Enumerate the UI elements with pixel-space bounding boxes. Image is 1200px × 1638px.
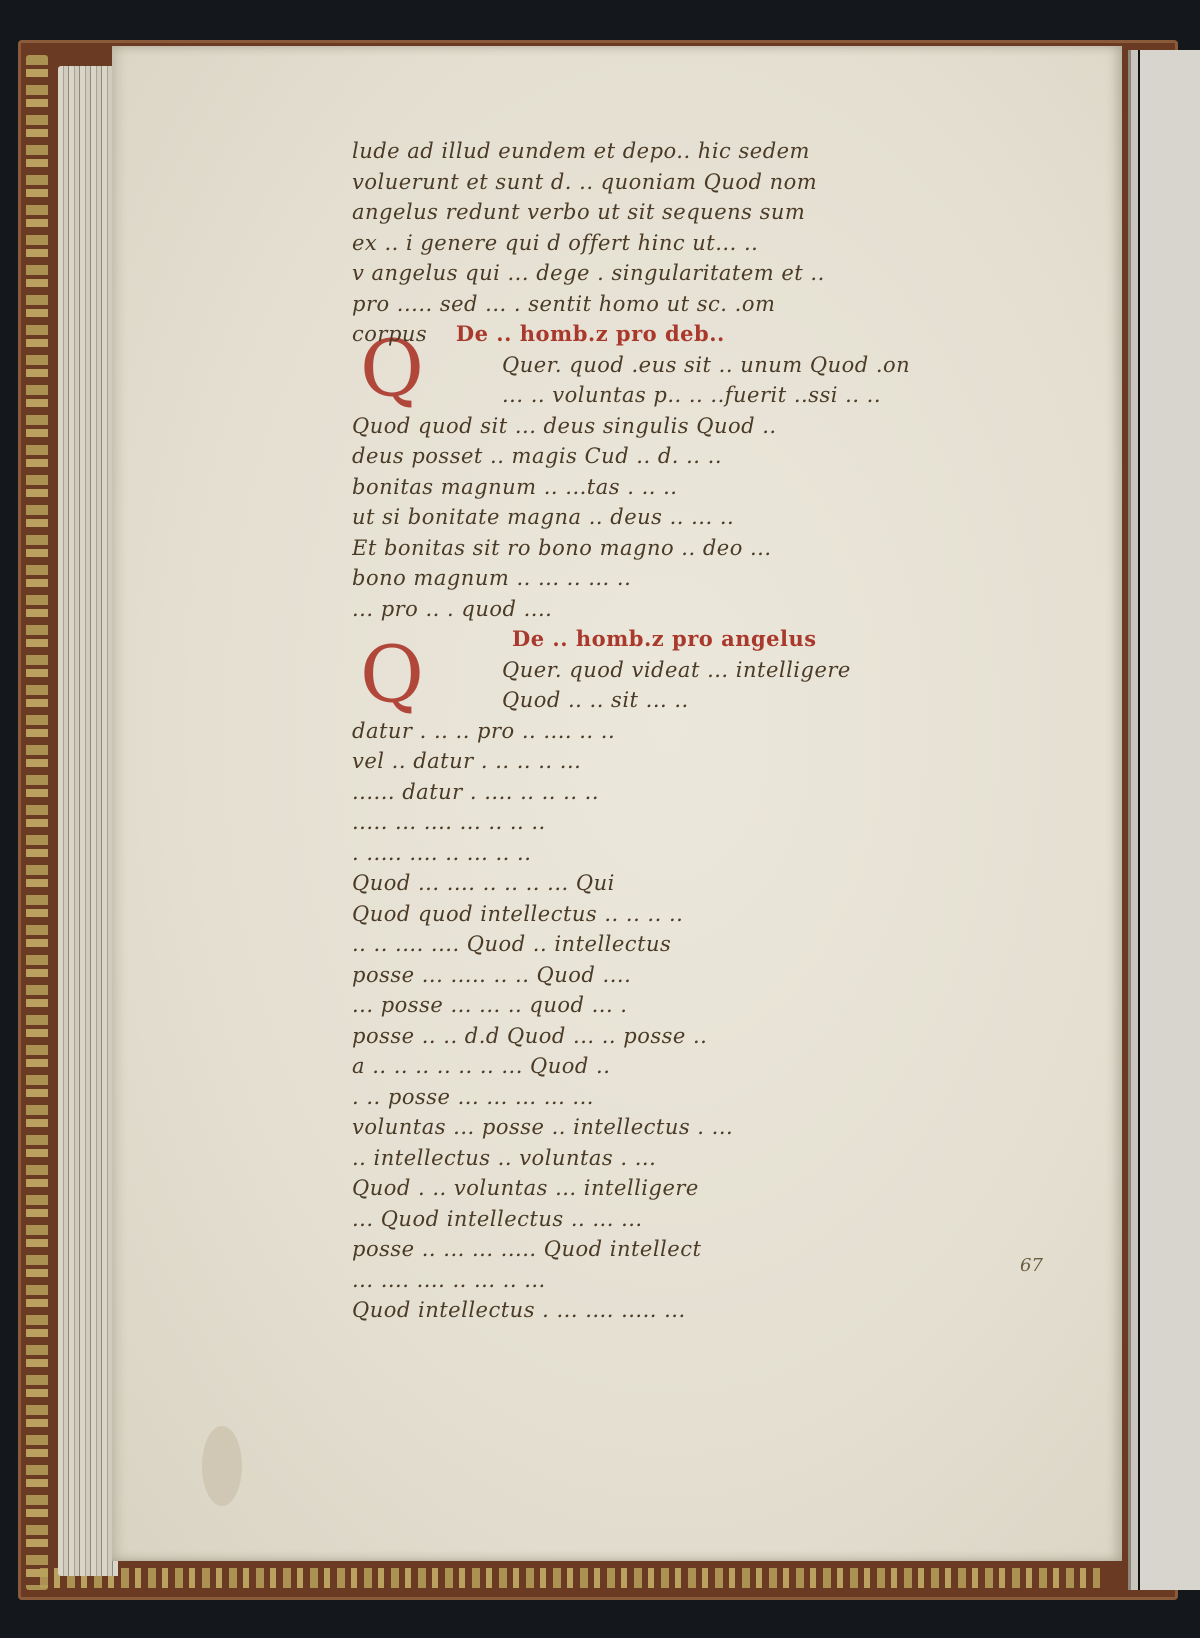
text-line: .. intellectus .. voluntas . ... bbox=[352, 1143, 1052, 1174]
text-line: Quer. quod videat ... intelligere bbox=[352, 655, 1052, 686]
text-line: ... posse ... ... .. quod ... . bbox=[352, 990, 1052, 1021]
text-line: Quod .. .. sit ... .. bbox=[352, 685, 1052, 716]
facing-page-edge bbox=[1128, 50, 1200, 1590]
text-line: Quod quod intellectus .. .. .. .. bbox=[352, 899, 1052, 930]
text-line: ...... datur . .... .. .. .. .. bbox=[352, 777, 1052, 808]
paper-stain bbox=[202, 1426, 242, 1506]
text-line: a .. .. .. .. .. .. ... Quod .. bbox=[352, 1051, 1052, 1082]
text-line: ut si bonitate magna .. deus .. ... .. bbox=[352, 502, 1052, 533]
rubric-heading: De .. homb.z pro deb.. bbox=[456, 321, 725, 346]
manuscript-text: lude ad illud eundem et depo.. hic sedem… bbox=[352, 136, 1052, 1326]
text-line: Quod intellectus . ... .... ..... ... bbox=[352, 1295, 1052, 1326]
text-line: angelus redunt verbo ut sit sequens sum bbox=[352, 197, 1052, 228]
text-fragment: corpus bbox=[352, 322, 427, 346]
text-line: ... .. voluntas p.. .. ..fuerit ..ssi ..… bbox=[352, 380, 1052, 411]
text-line: Quod ... .... .. .. .. ... Qui bbox=[352, 868, 1052, 899]
text-line: ... Quod intellectus .. ... ... bbox=[352, 1204, 1052, 1235]
text-line: vel .. datur . .. .. .. ... bbox=[352, 746, 1052, 777]
text-line: . .. posse ... ... ... ... ... bbox=[352, 1082, 1052, 1113]
text-line: Et bonitas sit ro bono magno .. deo ... bbox=[352, 533, 1052, 564]
text-line: datur . .. .. pro .. .... .. .. bbox=[352, 716, 1052, 747]
text-line: lude ad illud eundem et depo.. hic sedem bbox=[352, 136, 1052, 167]
text-line: Quod quod sit ... deus singulis Quod .. bbox=[352, 411, 1052, 442]
text-line: ..... ... .... ... .. .. .. bbox=[352, 807, 1052, 838]
stacked-page-edges bbox=[58, 66, 118, 1576]
rubric-heading: De .. homb.z pro angelus bbox=[352, 624, 1052, 655]
text-line: Quod . .. voluntas ... intelligere bbox=[352, 1173, 1052, 1204]
text-line: voluerunt et sunt d. .. quoniam Quod nom bbox=[352, 167, 1052, 198]
text-line: voluntas ... posse .. intellectus . ... bbox=[352, 1112, 1052, 1143]
text-line: bono magnum .. ... .. ... .. bbox=[352, 563, 1052, 594]
text-line: posse ... ..... .. .. Quod .... bbox=[352, 960, 1052, 991]
gold-tooled-border-bottom bbox=[40, 1568, 1100, 1588]
text-line: . ..... .... .. ... .. .. bbox=[352, 838, 1052, 869]
text-line: posse .. ... ... ..... Quod intellect bbox=[352, 1234, 1052, 1265]
text-line: posse .. .. d.d Quod ... .. posse .. bbox=[352, 1021, 1052, 1052]
text-line: ... pro .. . quod .... bbox=[352, 594, 1052, 625]
text-line: Quer. quod .eus sit .. unum Quod .on bbox=[352, 350, 1052, 381]
text-line: v angelus qui ... dege . singularitatem … bbox=[352, 258, 1052, 289]
text-line: bonitas magnum .. ...tas . .. .. bbox=[352, 472, 1052, 503]
text-line: deus posset .. magis Cud .. d. .. .. bbox=[352, 441, 1052, 472]
text-line-with-heading: corpus De .. homb.z pro deb.. bbox=[352, 319, 1052, 350]
text-line: ex .. i genere qui d offert hinc ut... .… bbox=[352, 228, 1052, 259]
text-line: ... .... .... .. ... .. ... bbox=[352, 1265, 1052, 1296]
folio-mark: 67 bbox=[1020, 1255, 1043, 1276]
gold-tooled-border-left bbox=[26, 55, 48, 1590]
text-line: .. .. .... .... Quod .. intellectus bbox=[352, 929, 1052, 960]
text-line: pro ..... sed ... . sentit homo ut sc. .… bbox=[352, 289, 1052, 320]
